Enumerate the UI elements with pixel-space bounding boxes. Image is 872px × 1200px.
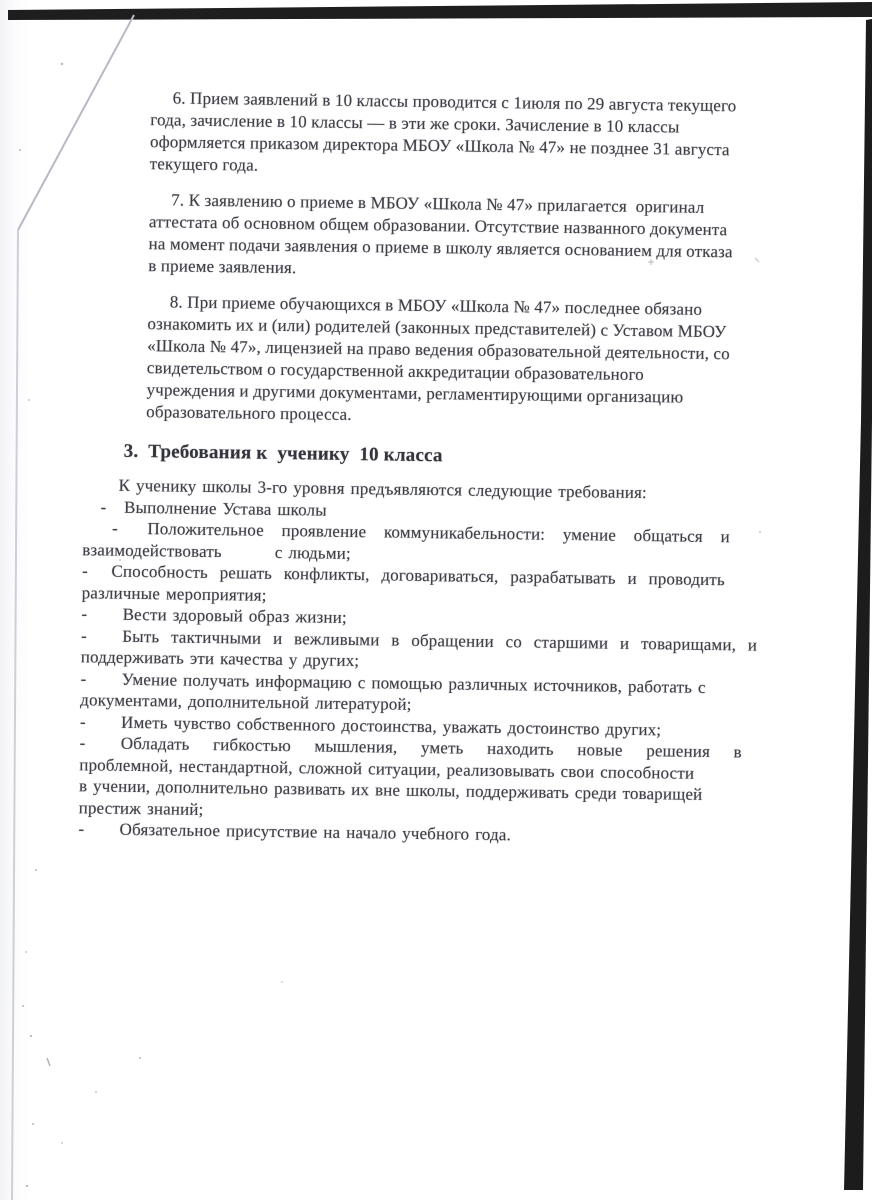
requirement-item: - Обладать гибкостью мышления, уметь нах…	[79, 732, 772, 828]
paragraph-familiarization: 8. При приеме обучающихся в МБОУ «Школа …	[146, 291, 758, 432]
paragraph-certificate-required: 7. К заявлению о приеме в МБОУ «Школа № …	[148, 189, 759, 286]
section-heading: 3. Требования к ученику 10 класса	[124, 441, 866, 473]
scanned-document-page: 6. Прием заявлений в 10 классы проводитс…	[0, 0, 872, 1200]
paragraph-admission-dates: 6. Прием заявлений в 10 классы проводитс…	[150, 87, 761, 184]
document-content: 6. Прием заявлений в 10 классы проводитс…	[0, 0, 872, 851]
requirements-list: К ученику школы 3-го уровня предъявляютс…	[78, 474, 775, 849]
